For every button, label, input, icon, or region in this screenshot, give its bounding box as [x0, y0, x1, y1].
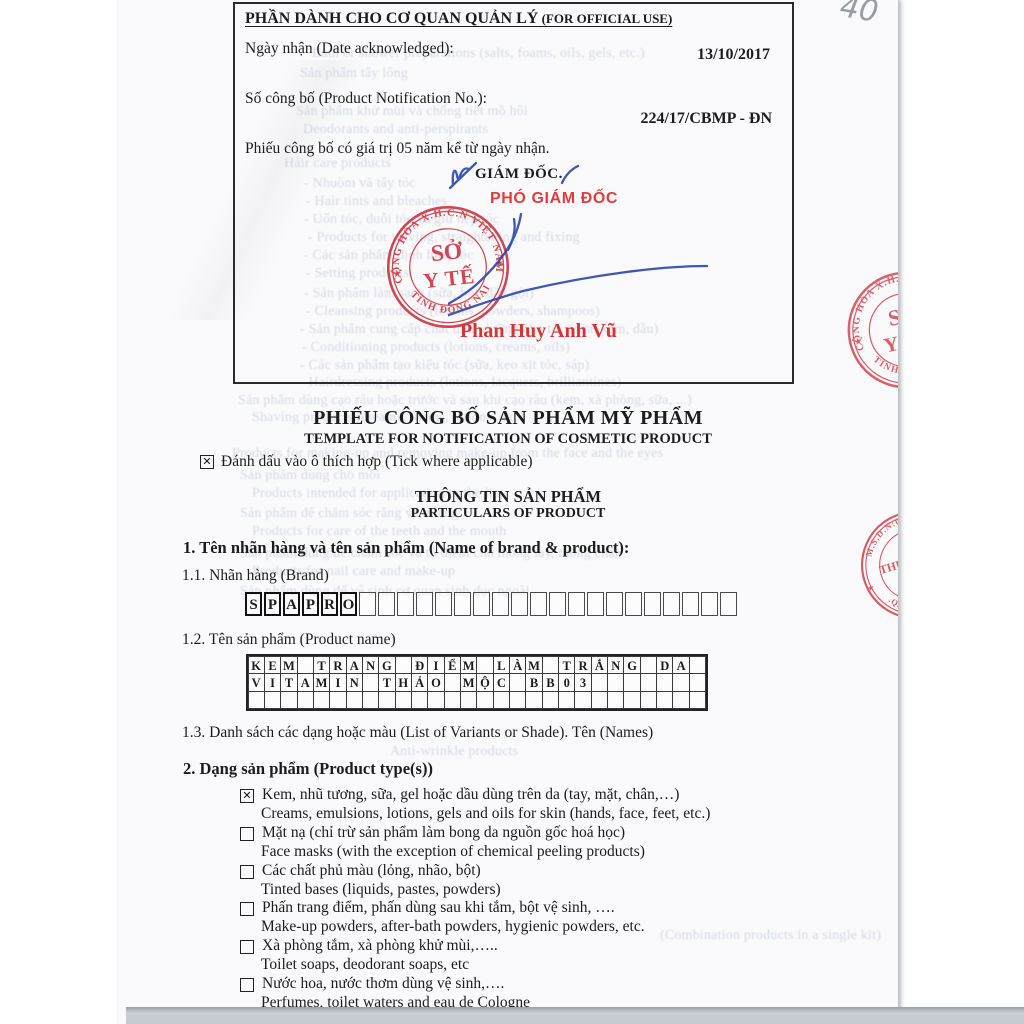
brand-grid-cell[interactable]: [644, 592, 661, 616]
date-acknowledged-value: 13/10/2017: [697, 46, 770, 64]
product-type-label-vn: Xà phòng tắm, xà phòng khử mùi,…..: [262, 937, 498, 956]
product-name-cell[interactable]: I: [329, 673, 346, 692]
product-name-cell[interactable]: [444, 673, 461, 692]
product-name-cell[interactable]: [509, 691, 526, 710]
product-name-cell[interactable]: I: [427, 656, 444, 675]
product-name-cell[interactable]: [476, 656, 493, 675]
brand-grid-cell[interactable]: S: [245, 592, 262, 616]
product-name-cell[interactable]: H: [395, 673, 412, 692]
brand-grid: SPAPRO: [245, 592, 737, 616]
product-name-cell[interactable]: [378, 691, 395, 710]
product-name-cell[interactable]: [542, 691, 559, 710]
product-name-cell[interactable]: [607, 691, 624, 710]
product-type-list: Kem, nhũ tương, sữa, gel hoặc dầu dùng t…: [240, 786, 710, 1013]
brand-grid-cell[interactable]: [359, 592, 376, 616]
product-name-row: VITAMIN THẢO MỘC BB03: [248, 674, 706, 692]
product-name-cell[interactable]: [476, 691, 493, 710]
date-acknowledged-label: Ngày nhận (Date acknowledged):: [245, 40, 454, 58]
product-name-cell[interactable]: N: [362, 656, 379, 675]
product-name-cell[interactable]: B: [542, 673, 559, 692]
product-name-cell[interactable]: [297, 691, 314, 710]
product-name-cell[interactable]: [264, 691, 281, 710]
product-type-item: Xà phòng tắm, xà phòng khử mùi,…..Toilet…: [240, 937, 710, 975]
product-name-cell[interactable]: [640, 656, 657, 675]
product-name-cell[interactable]: A: [672, 656, 689, 675]
brand-grid-cell[interactable]: [720, 592, 737, 616]
product-name-cell[interactable]: O: [427, 673, 444, 692]
product-type-label-en: Make-up powders, after-bath powders, hyg…: [240, 918, 710, 937]
product-name-cell[interactable]: T: [313, 656, 330, 675]
product-name-cell[interactable]: [346, 691, 363, 710]
product-name-cell[interactable]: [509, 673, 526, 692]
product-type-checkbox-unchecked[interactable]: [240, 902, 254, 916]
product-name-cell[interactable]: [656, 673, 673, 692]
product-name-cell[interactable]: [640, 691, 657, 710]
company-stamp-top-arc-text: M.S.D.N:030: [856, 512, 899, 560]
product-name-cell[interactable]: R: [329, 656, 346, 675]
validity-note: Phiếu công bố có giá trị 05 năm kể từ ng…: [245, 140, 550, 158]
product-name-label: 1.2. Tên sản phẩm (Product name): [182, 631, 396, 649]
brand-grid-cell[interactable]: [397, 592, 414, 616]
product-name-cell[interactable]: [313, 691, 330, 710]
brand-grid-cell[interactable]: P: [264, 592, 281, 616]
brand-grid-cell[interactable]: A: [283, 592, 300, 616]
tick-where-applicable-line: Đánh dấu vào ô thích hợp (Tick where app…: [200, 453, 533, 471]
stamp-star-left: ★: [392, 269, 402, 281]
product-name-cell[interactable]: Ắ: [591, 656, 608, 675]
product-name-cell[interactable]: B: [525, 673, 542, 692]
product-type-label-vn: Mặt nạ (chỉ trừ sản phẩm làm bong da ngu…: [262, 824, 625, 843]
brand-grid-cell[interactable]: R: [321, 592, 338, 616]
product-name-cell[interactable]: R: [574, 656, 591, 675]
tick-note-checkbox-checked[interactable]: [200, 455, 214, 469]
product-name-cell[interactable]: [623, 691, 640, 710]
handwritten-page-number: 40: [837, 0, 880, 30]
edge-so-y-te-stamp: CỘNG HÒA X.H.C.N VIỆT NAM TỈNH ĐỒNG NAI …: [839, 263, 899, 397]
svg-text:.Q.TÂN PH: .Q.TÂN PH: [885, 585, 899, 622]
brand-grid-cell[interactable]: [378, 592, 395, 616]
product-name-cell[interactable]: Ể: [444, 656, 461, 675]
product-type-checkbox-unchecked[interactable]: [240, 940, 254, 954]
product-name-row: [248, 691, 706, 709]
brand-grid-cell[interactable]: [606, 592, 623, 616]
product-name-cell[interactable]: [607, 673, 624, 692]
product-type-label-en: Toilet soaps, deodorant soaps, etc: [240, 956, 710, 975]
product-info-heading-en: PARTICULARS OF PRODUCT: [118, 506, 898, 522]
product-name-cell[interactable]: G: [623, 656, 640, 675]
signature-ink: [448, 160, 738, 335]
brand-grid-cell[interactable]: [473, 592, 490, 616]
product-name-cell[interactable]: [656, 691, 673, 710]
product-type-label-en: Creams, emulsions, lotions, gels and oil…: [240, 805, 710, 824]
product-name-cell[interactable]: [395, 691, 412, 710]
product-type-item: Các chất phủ màu (lỏng, nhão, bột)Tinted…: [240, 862, 710, 900]
product-name-cell[interactable]: M: [525, 656, 542, 675]
brand-grid-cell[interactable]: [530, 592, 547, 616]
product-name-cell[interactable]: [329, 691, 346, 710]
product-type-label-vn: Phấn trang điểm, phấn dùng sau khi tắm, …: [262, 899, 615, 918]
product-type-item: Mặt nạ (chỉ trừ sản phẩm làm bong da ngu…: [240, 824, 710, 862]
product-type-label-vn: Các chất phủ màu (lỏng, nhão, bột): [262, 862, 481, 881]
product-name-cell[interactable]: T: [280, 673, 297, 692]
product-name-cell[interactable]: [280, 691, 297, 710]
product-type-item: Kem, nhũ tương, sữa, gel hoặc dầu dùng t…: [240, 786, 710, 824]
scanner-bottom-strip: [126, 1007, 1024, 1024]
brand-label: 1.1. Nhãn hàng (Brand): [182, 567, 329, 585]
product-name-cell[interactable]: [460, 691, 477, 710]
product-name-cell[interactable]: [248, 691, 265, 710]
ghost-bleedthrough-line: Anti-wrinkle products: [390, 744, 518, 760]
product-name-grid: KEM TRANG ĐIỂM LÀM TRẮNG DAVITAMIN THẢO …: [246, 654, 708, 711]
product-name-cell[interactable]: M: [280, 656, 297, 675]
product-name-cell[interactable]: [427, 691, 444, 710]
product-name-cell[interactable]: V: [248, 673, 265, 692]
product-name-row: KEM TRANG ĐIỂM LÀM TRẮNG DA: [248, 656, 706, 674]
product-name-cell[interactable]: 3: [574, 673, 591, 692]
brand-grid-cell[interactable]: O: [340, 592, 357, 616]
product-name-cell[interactable]: Đ: [411, 656, 428, 675]
product-name-cell[interactable]: [362, 691, 379, 710]
variants-label: 1.3. Danh sách các dạng hoặc màu (List o…: [182, 724, 653, 742]
product-name-cell[interactable]: L: [493, 656, 510, 675]
product-name-cell[interactable]: [591, 691, 608, 710]
paper-sheet: Bath or shower preparations (salts, foam…: [118, 0, 899, 1024]
edge-company-stamp: M.S.D.N:030 .Q.TÂN PH ★ THUẬN: [852, 502, 899, 628]
product-name-cell[interactable]: A: [346, 656, 363, 675]
section1-header: 1. Tên nhãn hàng và tên sản phẩm (Name o…: [183, 538, 629, 558]
product-name-cell[interactable]: [574, 691, 591, 710]
product-name-cell[interactable]: [297, 656, 314, 675]
product-name-cell[interactable]: A: [297, 673, 314, 692]
brand-grid-cell[interactable]: [682, 592, 699, 616]
product-type-label-vn: Kem, nhũ tương, sữa, gel hoặc dầu dùng t…: [262, 786, 679, 805]
product-type-checkbox-unchecked[interactable]: [240, 865, 254, 879]
tick-note-label: Đánh dấu vào ô thích hợp (Tick where app…: [221, 453, 533, 471]
form-title-vn: PHIẾU CÔNG BỐ SẢN PHẨM MỸ PHẨM: [118, 407, 898, 430]
product-name-cell[interactable]: N: [346, 673, 363, 692]
scanned-document-page: Bath or shower preparations (salts, foam…: [0, 0, 1024, 1024]
product-name-cell[interactable]: K: [248, 656, 265, 675]
product-name-cell[interactable]: N: [607, 656, 624, 675]
product-name-cell[interactable]: M: [313, 673, 330, 692]
product-name-cell[interactable]: M: [460, 673, 477, 692]
product-name-cell[interactable]: [395, 656, 412, 675]
svg-text:M.S.D.N:030: M.S.D.N:030: [856, 512, 899, 560]
product-type-checkbox-unchecked[interactable]: [240, 827, 254, 841]
product-name-cell[interactable]: M: [460, 656, 477, 675]
brand-grid-cell[interactable]: [663, 592, 680, 616]
product-type-checkbox-checked[interactable]: [240, 789, 254, 803]
form-title-en: TEMPLATE FOR NOTIFICATION OF COSMETIC PR…: [118, 431, 898, 448]
brand-grid-cell[interactable]: [511, 592, 528, 616]
product-type-item: Phấn trang điểm, phấn dùng sau khi tắm, …: [240, 899, 710, 937]
product-name-cell[interactable]: [411, 691, 428, 710]
brand-grid-cell[interactable]: [568, 592, 585, 616]
product-name-cell[interactable]: Ả: [411, 673, 428, 692]
product-name-cell[interactable]: Ộ: [476, 673, 493, 692]
product-name-cell[interactable]: [689, 656, 706, 675]
signature-tick-mark: [562, 166, 578, 183]
product-name-cell[interactable]: C: [493, 673, 510, 692]
brand-grid-cell[interactable]: [435, 592, 452, 616]
brand-grid-cell[interactable]: [549, 592, 566, 616]
product-name-cell[interactable]: [672, 673, 689, 692]
product-name-cell[interactable]: [689, 691, 706, 710]
brand-grid-cell[interactable]: [454, 592, 471, 616]
product-name-cell[interactable]: [525, 691, 542, 710]
product-name-cell[interactable]: [672, 691, 689, 710]
product-name-cell[interactable]: I: [264, 673, 281, 692]
product-name-cell[interactable]: 0: [558, 673, 575, 692]
product-name-cell[interactable]: G: [378, 656, 395, 675]
brand-grid-cell[interactable]: P: [302, 592, 319, 616]
product-name-cell[interactable]: [591, 673, 608, 692]
brand-grid-cell[interactable]: [416, 592, 433, 616]
official-use-heading: PHẦN DÀNH CHO CƠ QUAN QUẢN LÝ (FOR OFFIC…: [245, 10, 672, 28]
product-name-cell[interactable]: [689, 673, 706, 692]
product-type-checkbox-unchecked[interactable]: [240, 978, 254, 992]
edge-stamp-center-line1: SỞ: [886, 300, 899, 331]
brand-grid-cell[interactable]: [492, 592, 509, 616]
official-use-heading-vn: PHẦN DÀNH CHO CƠ QUAN QUẢN LÝ: [245, 10, 538, 27]
product-type-label-vn: Nước hoa, nước thơm dùng vệ sinh,….: [262, 975, 504, 994]
product-type-label-en: Tinted bases (liquids, pastes, powders): [240, 881, 710, 900]
product-name-cell[interactable]: [640, 673, 657, 692]
product-name-cell[interactable]: À: [509, 656, 526, 675]
notification-number-value: 224/17/CBMP - ĐN: [640, 110, 772, 128]
brand-grid-cell[interactable]: [625, 592, 642, 616]
official-use-heading-en: (FOR OFFICIAL USE): [538, 11, 672, 26]
product-name-cell[interactable]: T: [378, 673, 395, 692]
signature-main-stroke: [448, 214, 707, 322]
product-name-cell[interactable]: [558, 691, 575, 710]
product-name-cell[interactable]: [623, 673, 640, 692]
product-name-cell[interactable]: [493, 691, 510, 710]
product-name-cell[interactable]: [444, 691, 461, 710]
notification-number-label: Số công bố (Product Notification No.):: [245, 90, 487, 108]
product-info-heading-vn: THÔNG TIN SẢN PHẨM: [118, 487, 898, 507]
brand-grid-cell[interactable]: [587, 592, 604, 616]
company-stamp-bottom-arc-text: .Q.TÂN PH: [885, 585, 899, 622]
brand-grid-cell[interactable]: [701, 592, 718, 616]
product-name-cell[interactable]: D: [656, 656, 673, 675]
product-name-cell[interactable]: T: [558, 656, 575, 675]
section2-header: 2. Dạng sản phẩm (Product type(s)): [183, 759, 433, 779]
product-name-cell[interactable]: E: [264, 656, 281, 675]
product-name-cell[interactable]: [362, 673, 379, 692]
product-name-cell[interactable]: [542, 656, 559, 675]
product-type-label-en: Face masks (with the exception of chemic…: [240, 843, 710, 862]
